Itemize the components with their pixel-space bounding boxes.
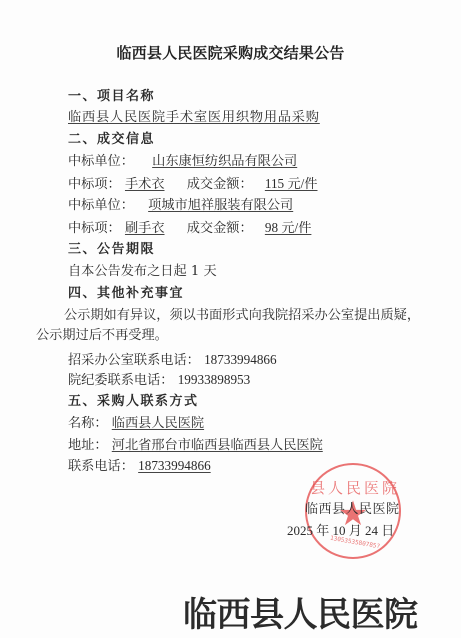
award-1-item-value: 手术衣: [125, 177, 177, 192]
award-2-unit-row: 中标单位： 项城市旭祥服装有限公司: [68, 196, 301, 216]
project-name: 临西县人民医院手术室医用织物用品采购: [68, 108, 320, 128]
purchaser-name-row: 名称： 临西县人民医院: [68, 414, 204, 434]
section3-heading: 三、公告期限: [68, 240, 155, 260]
announcement-period: 自本公告发布之日起 1 天: [68, 262, 217, 282]
section1-heading: 一、项目名称: [68, 87, 155, 107]
purchaser-phone: 18733994866: [138, 458, 211, 473]
award-1-amount-label: 成交金额：: [187, 177, 253, 192]
signature-date: 2025 年 10 月 24 日: [287, 520, 394, 539]
announcement-document: 临西县人民医院采购成交结果公告 一、项目名称 临西县人民医院手术室医用织物用品采…: [0, 0, 461, 638]
section4-heading: 四、其他补充事宜: [68, 284, 184, 304]
discipline-phone-label: 院纪委联系电话：: [68, 373, 174, 388]
award-2-item-label: 中标项：: [68, 221, 121, 236]
award-1-amount-value: 115 元/件: [257, 176, 318, 191]
award-1-item-row: 中标项： 手术衣 成交金额： 115 元/件: [68, 174, 318, 195]
award-1-item-label: 中标项：: [68, 177, 121, 192]
purchaser-phone-label: 联系电话：: [68, 459, 134, 474]
signature-org: 临西县人民医院: [305, 498, 400, 517]
objection-text-line2: 公示期过后不再受理。: [36, 326, 168, 346]
section2-heading: 二、成交信息: [68, 130, 155, 150]
purchaser-address-label: 地址：: [68, 438, 108, 453]
award-2-unit-label: 中标单位：: [68, 198, 134, 213]
procurement-phone-row: 招采办公室联系电话： 18733994866: [68, 350, 277, 371]
hospital-banner: 临西县人民医院: [183, 595, 418, 635]
purchaser-name: 临西县人民医院: [112, 416, 204, 431]
procurement-phone: 18733994866: [204, 352, 277, 367]
objection-text-line1: 公示期如有异议，须以书面形式向我院招采办公室提出质疑，: [64, 306, 420, 326]
discipline-phone: 19933898953: [178, 372, 251, 387]
award-1-unit-value: 山东康恒纺织品有限公司: [138, 154, 305, 169]
procurement-phone-label: 招采办公室联系电话：: [68, 353, 200, 368]
award-1-unit-label: 中标单位：: [68, 154, 134, 169]
purchaser-phone-row: 联系电话： 18733994866: [68, 456, 211, 477]
purchaser-address-row: 地址： 河北省邢台市临西县临西县人民医院: [68, 436, 323, 456]
award-2-amount-label: 成交金额：: [187, 221, 253, 236]
award-2-amount-value: 98 元/件: [257, 220, 312, 235]
document-title: 临西县人民医院采购成交结果公告: [0, 42, 461, 63]
discipline-phone-row: 院纪委联系电话： 19933898953: [68, 370, 250, 391]
award-2-item-row: 中标项： 刷手衣 成交金额： 98 元/件: [68, 218, 311, 239]
award-1-unit-row: 中标单位： 山东康恒纺织品有限公司: [68, 152, 305, 172]
section5-heading: 五、采购人联系方式: [68, 392, 199, 412]
purchaser-name-label: 名称：: [68, 416, 108, 431]
award-2-unit-value: 项城市旭祥服装有限公司: [138, 198, 301, 213]
award-2-item-value: 刷手衣: [125, 221, 177, 236]
purchaser-address: 河北省邢台市临西县临西县人民医院: [112, 438, 323, 453]
